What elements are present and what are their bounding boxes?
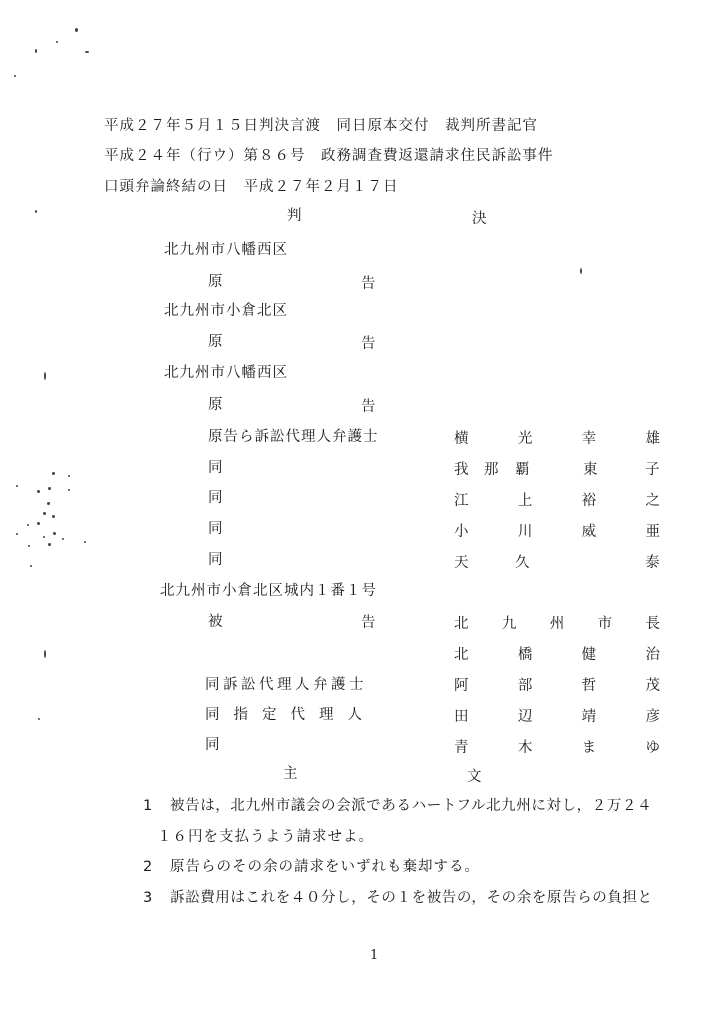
name-char: 青 — [454, 739, 469, 757]
name-char: 威 — [582, 523, 597, 541]
main-text-heading-char-1: 主 — [283, 765, 299, 783]
ruling-3-number: 3 — [143, 889, 153, 907]
name-char: 小 — [454, 523, 469, 541]
plaintiff-attorney-5-name-char: 泰 — [645, 554, 661, 572]
plaintiff-3-role-b: 告 — [361, 398, 377, 416]
name-char: 横 — [454, 430, 469, 448]
plaintiff-attorney-5-name-char: 久 — [515, 554, 531, 572]
name-char: 上 — [518, 492, 533, 510]
name-char: 哲 — [582, 677, 597, 695]
header-hearing-end-date: 口頭弁論終結の日 平成２７年２月１７日 — [104, 178, 399, 196]
defendant-role-a: 被 — [208, 613, 224, 631]
name-char: 江 — [454, 492, 469, 510]
name-char: 橋 — [518, 646, 533, 664]
plaintiff-attorney-5-name-char: 天 — [454, 554, 470, 572]
plaintiff-3-role-a: 原 — [208, 396, 224, 414]
plaintiff-attorney-1-name: 横 光 幸 雄 — [454, 430, 660, 448]
plaintiff-attorney-3-role: 同 — [208, 489, 224, 507]
title-char-2: 決 — [472, 210, 488, 228]
header-decision-date: 平成２７年５月１５日判決言渡 同日原本交付 裁判所書記官 — [104, 117, 538, 135]
plaintiff-attorney-2-name-char: 覇 — [515, 461, 531, 479]
defendant-agent-3-role: 同 — [205, 736, 221, 754]
defendant-address: 北九州市小倉北区城内１番１号 — [160, 582, 377, 600]
name-char: 幸 — [582, 430, 597, 448]
ruling-2-number: 2 — [143, 858, 153, 876]
defendant-agent-2-role: 同指定代理人 — [205, 706, 376, 724]
plaintiff-3-address: 北九州市八幡西区 — [164, 364, 288, 382]
ruling-1-continuation: １６円を支払うよう請求せよ。 — [157, 828, 374, 846]
plaintiff-attorney-2-role: 同 — [208, 459, 224, 477]
defendant-agent-1-name: 阿 部 哲 茂 — [454, 677, 660, 695]
defendant-agent-2-name: 田 辺 靖 彦 — [454, 708, 660, 726]
name-char: 阿 — [454, 677, 469, 695]
name-char: 長 — [646, 615, 661, 633]
plaintiff-attorney-1-role: 原告ら訴訟代理人弁護士 — [208, 428, 379, 446]
defendant-agent-1-role: 同訴訟代理人弁護士 — [205, 676, 367, 694]
plaintiff-attorney-2-name-char: 東 — [583, 461, 599, 479]
plaintiff-1-role-a: 原 — [208, 273, 224, 291]
plaintiff-attorney-4-role: 同 — [208, 520, 224, 538]
plaintiff-1-role-b: 告 — [361, 275, 377, 293]
title-char-1: 判 — [287, 207, 303, 225]
defendant-role-b: 告 — [361, 614, 377, 632]
plaintiff-attorney-5-role: 同 — [208, 551, 224, 569]
ruling-3-text: 訴訟費用はこれを４０分し，その１を被告の，その余を原告らの負担と — [170, 889, 653, 907]
name-char: 北 — [454, 646, 469, 664]
name-char: 靖 — [582, 708, 597, 726]
name-char: 茂 — [645, 677, 660, 695]
plaintiff-2-address: 北九州市小倉北区 — [164, 302, 288, 320]
name-char: 裕 — [582, 492, 597, 510]
main-text-heading-char-2: 文 — [467, 768, 483, 786]
name-char: 北 — [454, 615, 469, 633]
name-char: 州 — [550, 615, 565, 633]
name-char: 田 — [454, 708, 469, 726]
name-char: 川 — [518, 523, 533, 541]
defendant-name: 北 九 州 市 長 — [454, 615, 660, 633]
plaintiff-attorney-2-name-char: 我 — [454, 461, 470, 479]
name-char: 光 — [518, 430, 533, 448]
ruling-2-text: 原告らのその余の請求をいずれも棄却する。 — [170, 858, 480, 876]
name-char: 治 — [645, 646, 660, 664]
header-case-number: 平成２４年（行ウ）第８６号 政務調査費返還請求住民訴訟事件 — [104, 147, 554, 165]
page-number: 1 — [370, 947, 379, 965]
name-char: ま — [582, 739, 597, 757]
name-char: 辺 — [518, 708, 533, 726]
plaintiff-attorney-4-name: 小 川 威 亜 — [454, 523, 660, 541]
plaintiff-2-role-a: 原 — [208, 333, 224, 351]
plaintiff-2-role-b: 告 — [361, 335, 377, 353]
plaintiff-attorney-3-name: 江 上 裕 之 — [454, 492, 660, 510]
name-char: 木 — [518, 739, 533, 757]
plaintiff-1-address: 北九州市八幡西区 — [164, 241, 288, 259]
defendant-agent-3-name: 青 木 ま ゆ — [454, 739, 660, 757]
name-char: ゆ — [645, 739, 660, 757]
ruling-1-number: 1 — [143, 797, 153, 815]
plaintiff-attorney-2-name-char: 子 — [645, 461, 661, 479]
name-char: 部 — [518, 677, 533, 695]
name-char: 亜 — [645, 523, 660, 541]
name-char: 彦 — [645, 708, 660, 726]
name-char: 雄 — [645, 430, 660, 448]
plaintiff-attorney-2-name-char: 那 — [484, 461, 500, 479]
name-char: 九 — [502, 615, 517, 633]
name-char: 健 — [582, 646, 597, 664]
name-char: 之 — [645, 492, 660, 510]
name-char: 市 — [598, 615, 613, 633]
ruling-1-text: 被告は，北九州市議会の会派であるハートフル北九州に対し，２万２４ — [170, 797, 652, 815]
defendant-person-name: 北 橋 健 治 — [454, 646, 660, 664]
